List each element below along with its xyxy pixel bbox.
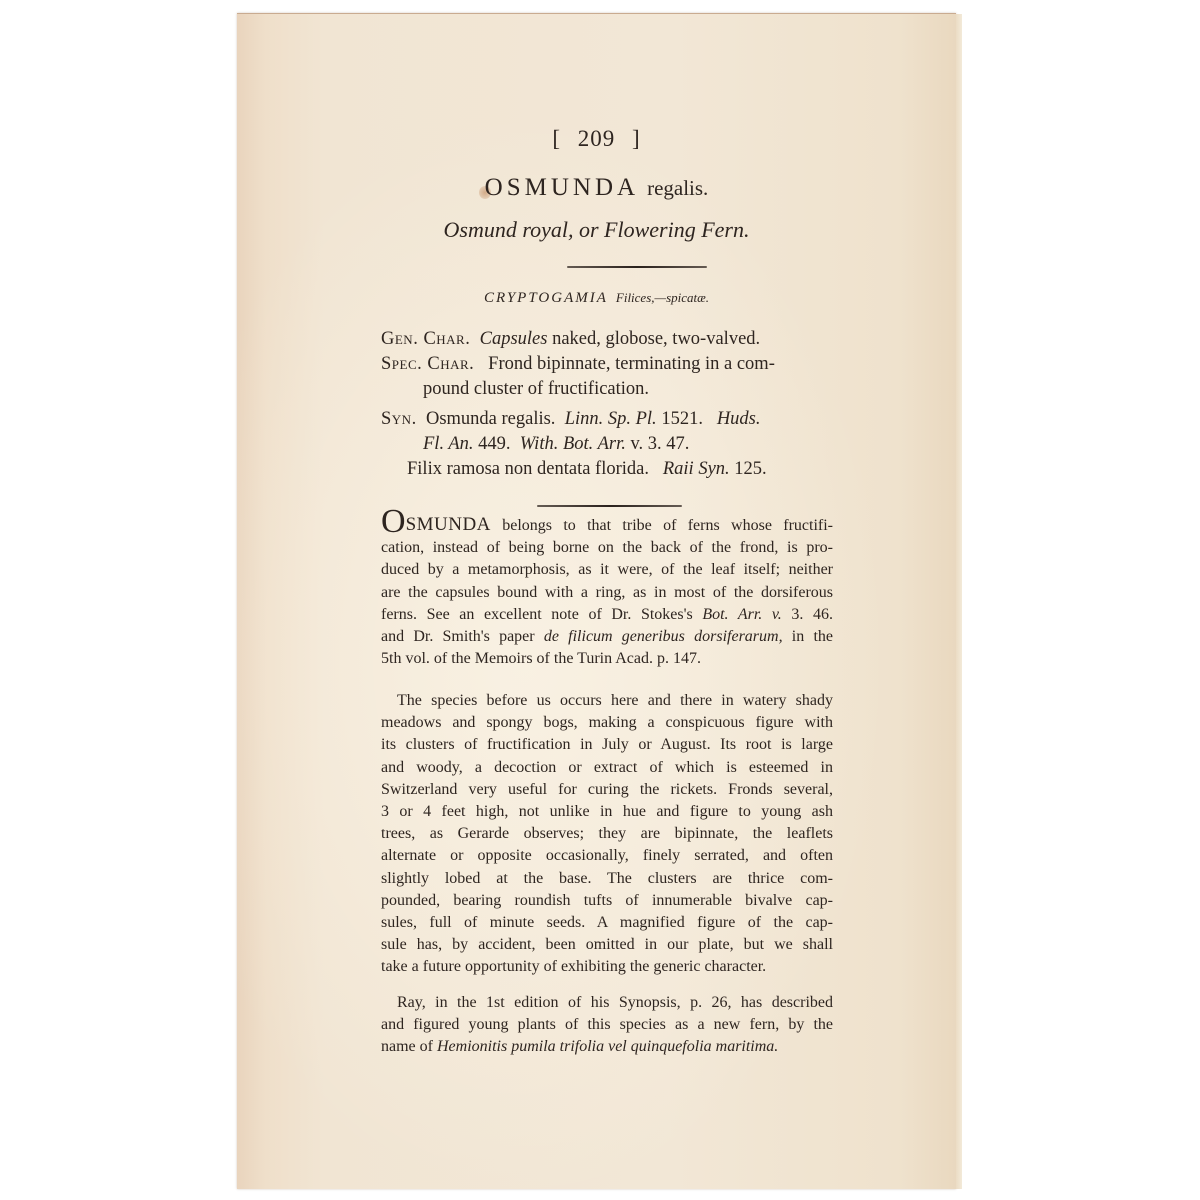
- paragraph-line: The species before us occurs here and th…: [381, 690, 833, 712]
- syn-label: Syn.: [381, 409, 417, 429]
- page-title: OSMUNDAregalis.: [237, 174, 956, 202]
- gen-italic: Capsules: [480, 329, 548, 349]
- paragraph-line: 3 or 4 feet high, not unlike in hue and …: [381, 801, 833, 823]
- spec-text-1: Frond bipinnate, terminating in a com-: [488, 354, 775, 374]
- syn-line2-num: 449.: [478, 434, 510, 454]
- classification: CRYPTOGAMIAFilices,—spicatæ.: [237, 290, 956, 307]
- paragraph-line: sule has, by accident, been omitted in o…: [381, 934, 833, 956]
- gen-text: naked, globose, two-valved.: [547, 329, 760, 349]
- spec-text-2: pound cluster of fructification.: [423, 379, 649, 399]
- paragraph-line: meadows and spongy bogs, making a conspi…: [381, 712, 833, 734]
- species-name: regalis.: [647, 176, 708, 200]
- filix-synonym: Filix ramosa non dentata florida. Raii S…: [381, 457, 847, 481]
- class-name: CRYPTOGAMIA: [484, 290, 608, 306]
- page-number: [ 209 ]: [237, 126, 956, 152]
- drop-cap: O: [381, 503, 406, 540]
- paragraph-line: Ray, in the 1st edition of his Synopsis,…: [381, 992, 833, 1014]
- spec-label: Spec. Char.: [381, 354, 474, 374]
- generic-character: Gen. Char. Capsules naked, globose, two-…: [381, 327, 821, 351]
- paragraph-line: alternate or opposite occasionally, fine…: [381, 845, 833, 867]
- genus-name: OSMUNDA: [485, 174, 639, 201]
- paragraph-line: its clusters of fructification in July o…: [381, 734, 833, 756]
- paragraph-line: duced by a metamorphosis, as it were, of…: [381, 559, 833, 581]
- filix-text: Filix ramosa non dentata florida.: [407, 459, 649, 479]
- common-name: Osmund royal, or Flowering Fern.: [237, 217, 956, 243]
- syn-ref1-num: 1521.: [661, 409, 703, 429]
- syn-line2-ref2: With. Bot. Arr.: [520, 434, 626, 454]
- syn-text: Osmunda regalis.: [426, 409, 555, 429]
- filix-ref: Raii Syn.: [663, 459, 730, 479]
- paragraph-line: sules, full of minute seeds. A magnified…: [381, 912, 833, 934]
- syn-line2-num2: v. 3. 47.: [630, 434, 689, 454]
- paragraph-line: Switzerland very useful for curing the r…: [381, 779, 833, 801]
- order-name: Filices,—spicatæ.: [616, 290, 709, 305]
- paragraph-line: and woody, a decoction or extract of whi…: [381, 757, 833, 779]
- paragraph-line: and Dr. Smith's paper de filicum generib…: [381, 626, 833, 648]
- specific-character: Spec. Char. Frond bipinnate, terminating…: [381, 352, 821, 376]
- gen-label: Gen. Char.: [381, 329, 470, 349]
- syn-ref1: Linn. Sp. Pl.: [565, 409, 657, 429]
- filix-num: 125.: [734, 459, 766, 479]
- divider-middle: [537, 505, 682, 507]
- book-page: [ 209 ] OSMUNDAregalis. Osmund royal, or…: [237, 13, 956, 1189]
- paragraph-line: and figured young plants of this species…: [381, 1014, 833, 1036]
- paragraph-2: The species before us occurs here and th…: [381, 690, 833, 979]
- syn-line2-ref: Fl. An.: [423, 434, 474, 454]
- paragraph-line: trees, as Gerarde observes; they are bip…: [381, 823, 833, 845]
- paragraph-line: cation, instead of being borne on the ba…: [381, 537, 833, 559]
- paragraph-line: 5th vol. of the Memoirs of the Turin Aca…: [381, 648, 833, 670]
- synonymy: Syn. Osmunda regalis. Linn. Sp. Pl. 1521…: [381, 407, 821, 431]
- paragraph-line: are the capsules bound with a ring, as i…: [381, 582, 833, 604]
- paragraph-line: name of Hemionitis pumila trifolia vel q…: [381, 1036, 833, 1058]
- paragraph-line: OSMUNDA belongs to that tribe of ferns w…: [381, 511, 833, 537]
- paragraph-line: take a future opportunity of exhibiting …: [381, 956, 833, 978]
- paragraph-line: ferns. See an excellent note of Dr. Stok…: [381, 604, 833, 626]
- drop-cap-rest: SMUNDA: [406, 514, 491, 535]
- syn-ref2: Huds.: [717, 409, 761, 429]
- synonymy-cont: Fl. An. 449. With. Bot. Arr. v. 3. 47.: [381, 432, 863, 456]
- divider-top: [567, 266, 707, 268]
- paragraph-line: slightly lobed at the base. The clusters…: [381, 868, 833, 890]
- specific-character-cont: pound cluster of fructification.: [381, 377, 863, 401]
- paragraph-line: pounded, bearing roundish tufts of innum…: [381, 890, 833, 912]
- paragraph-1: OSMUNDA belongs to that tribe of ferns w…: [381, 511, 833, 670]
- paragraph-3: Ray, in the 1st edition of his Synopsis,…: [381, 992, 833, 1059]
